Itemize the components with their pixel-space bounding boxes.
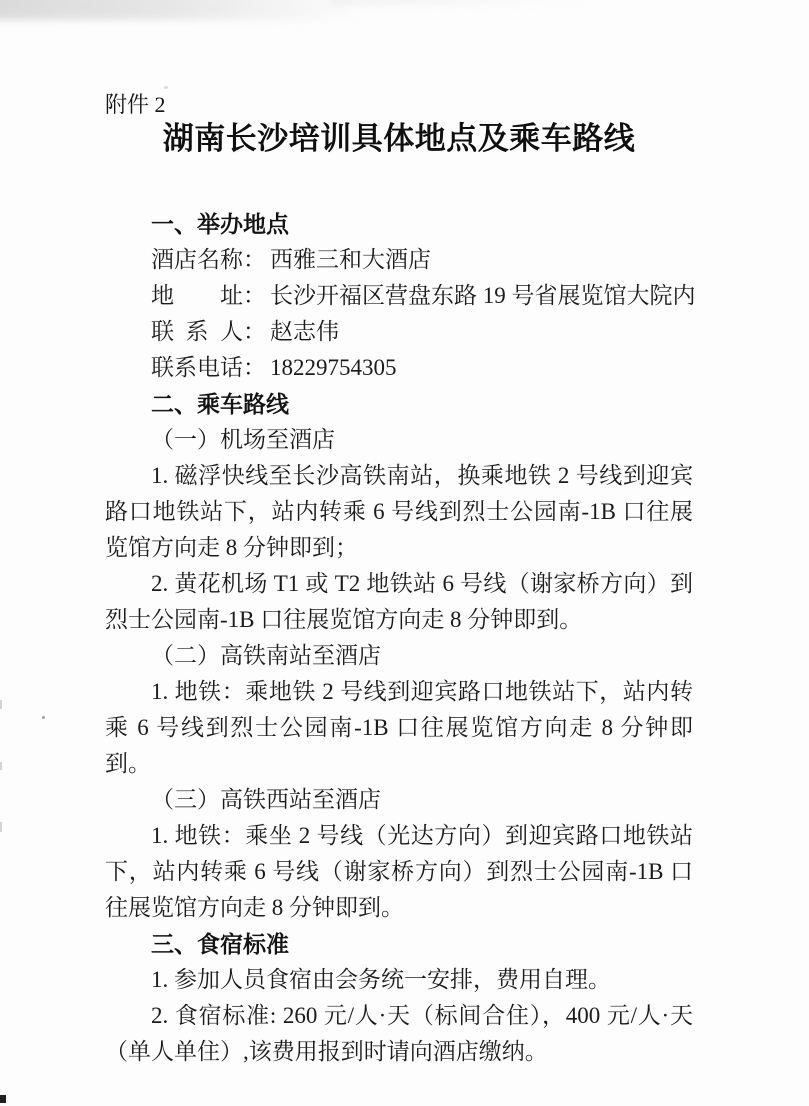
scan-edge-tick	[0, 822, 2, 832]
field-label: 联系电话	[151, 350, 243, 386]
route-paragraph: 1. 地铁：乘地铁 2 号线到迎宾路口地铁站下，站内转乘 6 号线到烈士公园南-…	[105, 674, 693, 782]
field-label: 酒店名称	[151, 242, 243, 278]
section-heading-venue: 一、举办地点	[105, 206, 693, 242]
scan-speck	[42, 716, 45, 719]
scan-smudge-top-right	[330, 0, 590, 6]
field-colon: ：	[243, 319, 266, 344]
field-colon: ：	[243, 355, 266, 380]
field-value: 18229754305	[270, 355, 397, 380]
field-hotel-name: 酒店名称：西雅三和大酒店	[105, 242, 693, 278]
accommodation-paragraph: 2. 食宿标准: 260 元/人·天（标间合住），400 元/人·天（单人单住）…	[105, 998, 693, 1070]
accommodation-paragraph: 1. 参加人员食宿由会务统一安排，费用自理。	[105, 962, 693, 998]
field-address: 地址：长沙开福区营盘东路 19 号省展览馆大院内	[105, 278, 693, 314]
section-heading-accommodation: 三、食宿标准	[105, 926, 693, 962]
subheading-west-station-to-hotel: （三）高铁西站至酒店	[105, 782, 693, 818]
field-label: 联系人	[151, 314, 243, 350]
field-colon: ：	[243, 283, 266, 308]
attachment-label: 附件 2	[105, 92, 693, 118]
section-heading-routes: 二、乘车路线	[105, 386, 693, 422]
route-paragraph: 1. 磁浮快线至长沙高铁南站，换乘地铁 2 号线到迎宾路口地铁站下，站内转乘 6…	[105, 458, 693, 566]
field-label: 地址	[151, 278, 243, 314]
scan-edge-tick	[0, 762, 2, 770]
scan-mark-bottom-left	[0, 1095, 6, 1103]
document-content: 附件 2 湖南长沙培训具体地点及乘车路线 一、举办地点 酒店名称：西雅三和大酒店…	[105, 92, 693, 1070]
field-value: 长沙开福区营盘东路 19 号省展览馆大院内	[270, 283, 696, 308]
route-paragraph: 1. 地铁：乘坐 2 号线（光达方向）到迎宾路口地铁站下，站内转乘 6 号线（谢…	[105, 818, 693, 926]
field-contact-person: 联系人：赵志伟	[105, 314, 693, 350]
document-title: 湖南长沙培训具体地点及乘车路线	[105, 118, 693, 160]
field-value: 西雅三和大酒店	[270, 247, 431, 272]
field-value: 赵志伟	[270, 319, 339, 344]
document-body: 一、举办地点 酒店名称：西雅三和大酒店 地址：长沙开福区营盘东路 19 号省展览…	[105, 206, 693, 1070]
subheading-airport-to-hotel: （一）机场至酒店	[105, 422, 693, 458]
scan-speck	[164, 86, 168, 89]
scanned-document-page: 附件 2 湖南长沙培训具体地点及乘车路线 一、举办地点 酒店名称：西雅三和大酒店…	[0, 0, 809, 1106]
scan-edge-tick	[0, 700, 2, 709]
subheading-south-station-to-hotel: （二）高铁南站至酒店	[105, 638, 693, 674]
route-paragraph: 2. 黄花机场 T1 或 T2 地铁站 6 号线（谢家桥方向）到烈士公园南-1B…	[105, 566, 693, 638]
field-colon: ：	[243, 247, 266, 272]
scan-smudge-top-left	[0, 0, 365, 20]
field-contact-phone: 联系电话：18229754305	[105, 350, 693, 386]
